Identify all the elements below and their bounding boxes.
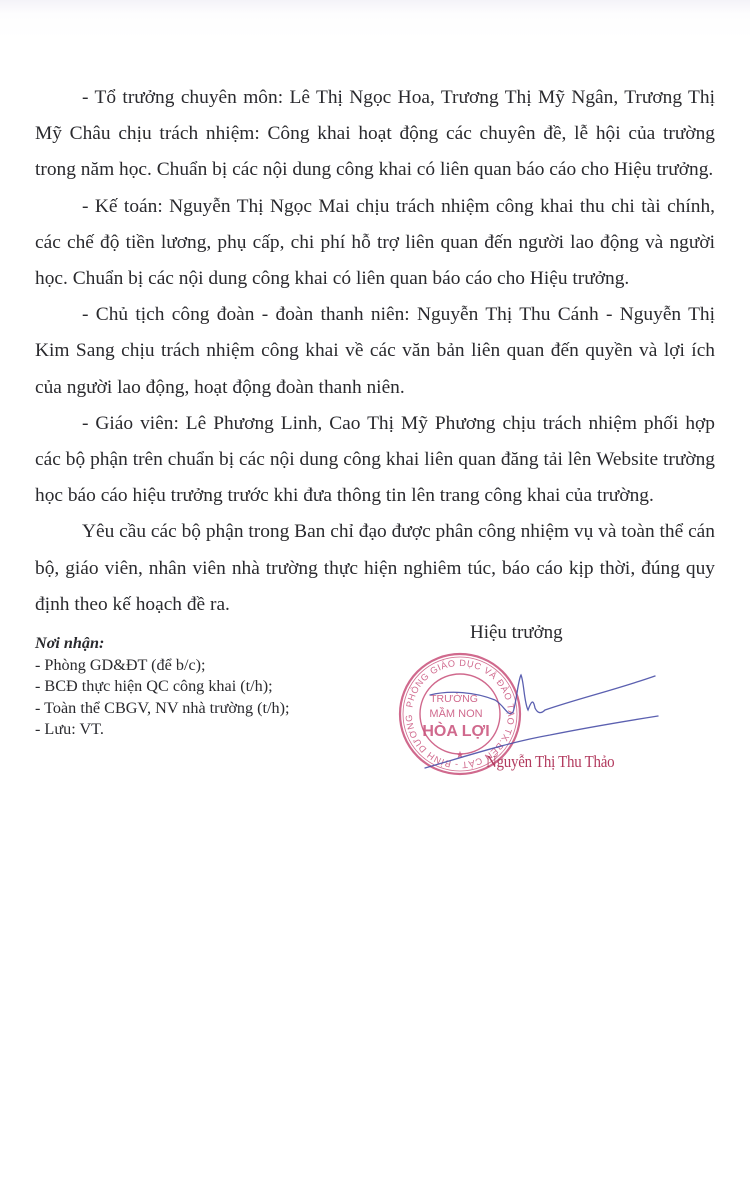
paragraph-requirement: Yêu cầu các bộ phận trong Ban chỉ đạo đư…	[35, 514, 715, 623]
recipient-item: - BCĐ thực hiện QC công khai (t/h);	[35, 676, 290, 698]
signature-block: Hiệu trưởng PHÒNG GIÁO DỤC VÀ ĐÀO TẠO TX…	[400, 620, 700, 790]
recipient-item: - Lưu: VT.	[35, 719, 290, 741]
paragraph-professional-leaders: - Tổ trưởng chuyên môn: Lê Thị Ngọc Hoa,…	[35, 80, 715, 189]
paragraph-accountant: - Kế toán: Nguyễn Thị Ngọc Mai chịu trác…	[35, 189, 715, 298]
signer-name: Nguyễn Thị Thu Thảo	[486, 752, 614, 772]
paragraph-teachers: - Giáo viên: Lê Phương Linh, Cao Thị Mỹ …	[35, 406, 715, 515]
paragraph-union-chair: - Chủ tịch công đoàn - đoàn thanh niên: …	[35, 297, 715, 406]
document-page: - Tổ trưởng chuyên môn: Lê Thị Ngọc Hoa,…	[0, 0, 750, 1190]
recipient-item: - Phòng GD&ĐT (để b/c);	[35, 655, 290, 677]
recipients-heading: Nơi nhận:	[35, 633, 290, 655]
document-body: - Tổ trưởng chuyên môn: Lê Thị Ngọc Hoa,…	[35, 80, 715, 623]
recipients-block: Nơi nhận: - Phòng GD&ĐT (để b/c); - BCĐ …	[35, 633, 290, 741]
recipient-item: - Toàn thể CBGV, NV nhà trường (t/h);	[35, 698, 290, 720]
